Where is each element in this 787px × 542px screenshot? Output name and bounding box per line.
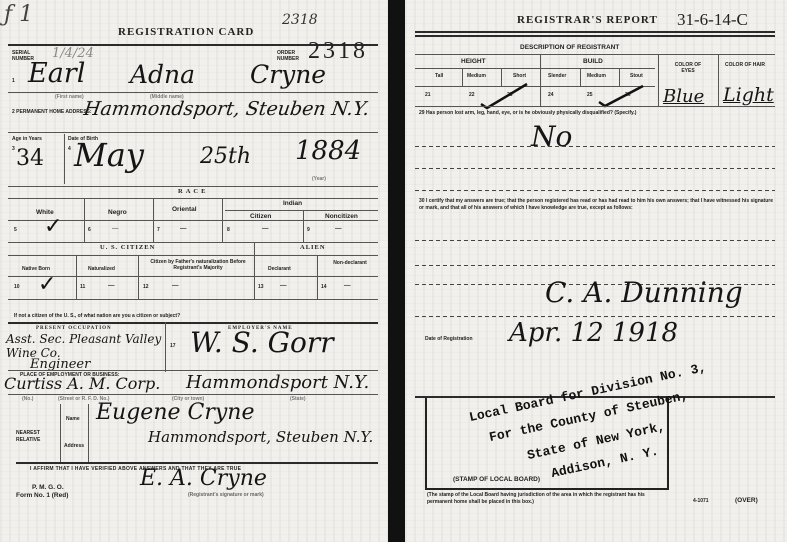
stamp-footnote: (The stamp of the Local Board having jur…: [427, 492, 667, 506]
eye-color-heading: COLOR OF EYES: [668, 62, 708, 74]
rule: [415, 168, 775, 169]
occupation-label: PRESENT OCCUPATION: [36, 326, 112, 331]
non-declarant-label: Non-declarant: [330, 260, 370, 266]
rule: [415, 146, 775, 147]
registration-date: Apr. 12 1918: [509, 318, 678, 348]
race-indian-noncitizen-value: —: [335, 225, 342, 232]
signature-sublabel: (Registrant's signature or mark): [188, 492, 264, 498]
employer-value: W. S. Gorr: [190, 326, 334, 359]
rule: [8, 132, 378, 133]
rule: [8, 299, 378, 300]
description-heading: DESCRIPTION OF REGISTRANT: [520, 44, 619, 51]
race-negro-label: Negro: [108, 209, 127, 216]
rule: [8, 186, 378, 187]
disability-question: 29 Has person lost arm, leg, hand, eye, …: [419, 110, 779, 117]
row-number: 17: [170, 343, 176, 349]
row-number: 6: [88, 227, 91, 233]
build-medium-label: Medium: [587, 73, 606, 79]
home-label: 2 PERMANENT HOME ADDRESS:: [12, 109, 92, 115]
row-number: 11: [80, 284, 85, 290]
divider: [317, 255, 318, 299]
rule: [8, 276, 378, 277]
form-number: Form No. 1 (Red): [16, 492, 68, 499]
non-declarant-value: —: [344, 282, 351, 289]
naturalized-value: —: [108, 282, 115, 289]
row-number: 22: [469, 92, 475, 98]
race-oriental-label: Oriental: [172, 206, 197, 213]
rule: [8, 255, 378, 256]
over-label: (OVER): [735, 497, 758, 504]
race-white-value: ✓: [44, 214, 62, 239]
last-name: Cryne: [250, 60, 326, 89]
employment-place-value: Curtiss A. M. Corp.: [4, 374, 160, 393]
race-noncitizen-label: Noncitizen: [325, 213, 358, 220]
registration-card: ƒ 1 REGISTRATION CARD 2318 SERIAL NUMBER…: [0, 0, 388, 542]
citizen-by-father-label: Citizen by Father's naturalization Befor…: [146, 259, 250, 271]
age-value: 34: [16, 146, 44, 171]
height-medium-label: Medium: [467, 73, 486, 79]
hair-color-heading: COLOR OF HAIR: [725, 62, 765, 68]
divider: [76, 255, 77, 299]
stamp-label: (STAMP OF LOCAL BOARD): [453, 476, 540, 483]
rule: [415, 106, 775, 107]
form-number: 4-1071: [693, 498, 709, 504]
rule: [8, 92, 378, 93]
row-number: 12: [143, 284, 149, 290]
rule: [415, 190, 775, 191]
divider: [718, 54, 719, 106]
height-tall-label: Tall: [435, 73, 443, 79]
divider: [462, 68, 463, 86]
divider: [138, 255, 139, 299]
dob-year: 1884: [295, 136, 361, 166]
nationality-question: If not a citizen of the U. S., of what n…: [14, 313, 180, 319]
no-sublabel: (No.): [22, 396, 33, 402]
employment-city-value: Hammondsport N.Y.: [186, 372, 369, 393]
rule: [16, 462, 378, 464]
rule: [415, 35, 775, 37]
race-heading: RACE: [178, 188, 208, 195]
native-born-value: ✓: [38, 272, 56, 297]
rule: [415, 54, 775, 55]
divider: [303, 210, 304, 242]
divider: [580, 68, 581, 86]
row-number: 7: [157, 227, 160, 233]
build-heading: BUILD: [583, 58, 603, 65]
divider: [254, 243, 255, 299]
home-address: Hammondsport, Steuben N.Y.: [82, 98, 370, 120]
report-title: REGISTRAR'S REPORT: [517, 14, 658, 26]
date-label: Date of Registration: [425, 336, 473, 342]
citizen-by-father-value: —: [172, 282, 179, 289]
relative-address-label: Address: [64, 443, 84, 449]
declarant-value: —: [280, 282, 287, 289]
occupation-value: Asst. Sec. Pleasant Valley: [6, 332, 161, 346]
row-number: 25: [587, 92, 593, 98]
declarant-label: Declarant: [268, 266, 291, 272]
rule: [8, 198, 378, 199]
row-number: 8: [227, 227, 230, 233]
height-short-label: Short: [513, 73, 526, 79]
divider: [64, 134, 65, 184]
row-number: 24: [548, 92, 554, 98]
registrars-report: REGISTRAR'S REPORT 31-6-14-C DESCRIPTION…: [405, 0, 787, 542]
year-sublabel: (Year): [312, 176, 326, 182]
rule: [8, 394, 378, 395]
divider: [165, 322, 166, 372]
race-indian-citizen-value: —: [262, 225, 269, 232]
rule: [8, 322, 378, 324]
card-title: REGISTRATION CARD: [118, 26, 254, 38]
certification-text: 30 I certify that my answers are true; t…: [419, 198, 779, 212]
build-slender-label: Slender: [548, 73, 566, 79]
row-number: 21: [425, 92, 431, 98]
rule: [415, 316, 775, 317]
eye-color-value: Blue: [663, 86, 704, 107]
corner-mark: ƒ 1: [4, 2, 33, 27]
state-sublabel: (State): [290, 396, 306, 402]
row-number: 4: [68, 146, 71, 152]
build-checkmark-icon: [595, 82, 655, 108]
divider: [540, 54, 541, 106]
rule: [8, 220, 378, 221]
relative-label: NEAREST RELATIVE: [16, 430, 56, 444]
build-stout-label: Stout: [630, 73, 643, 79]
first-name: Earl: [28, 58, 85, 89]
divider: [88, 404, 89, 464]
race-oriental-value: —: [180, 225, 187, 232]
row-number: 1: [12, 78, 15, 84]
first-name-sublabel: (First name): [55, 94, 84, 100]
race-citizen-label: Citizen: [250, 213, 271, 220]
age-label: Age in Years: [12, 136, 42, 142]
top-scribble: 2318: [282, 12, 318, 28]
relative-name-label: Name: [66, 416, 80, 422]
citizen-heading: U. S. CITIZEN: [100, 244, 155, 251]
rule: [8, 370, 378, 371]
divider: [658, 54, 659, 106]
indian-heading: Indian: [283, 200, 302, 207]
form-id: P. M. G. O.: [32, 484, 64, 491]
row-number: 3: [12, 146, 15, 152]
naturalized-label: Naturalized: [88, 266, 115, 272]
dob-day: 25th: [200, 144, 251, 169]
rule: [8, 242, 378, 243]
height-heading: HEIGHT: [461, 58, 486, 65]
divider: [60, 404, 61, 464]
registrar-signature: C. A. Dunning: [545, 276, 743, 309]
alien-heading: ALIEN: [300, 244, 326, 251]
rule: [415, 265, 775, 266]
rule: [225, 210, 378, 211]
relative-name-value: Eugene Cryne: [96, 400, 254, 425]
row-number: 9: [307, 227, 310, 233]
registrant-signature: E. A. Cryne: [140, 466, 267, 491]
rule: [415, 31, 775, 33]
relative-address-value: Hammondsport, Steuben N.Y.: [148, 428, 373, 446]
row-number: 5: [14, 227, 17, 233]
row-number: 13: [258, 284, 264, 290]
hair-color-value: Light: [723, 84, 774, 106]
race-negro-value: —: [112, 225, 119, 232]
dob-month: May: [74, 136, 144, 174]
middle-name: Adna: [130, 60, 195, 89]
row-number: 10: [14, 284, 20, 290]
disability-answer: No: [531, 120, 572, 153]
row-number: 14: [321, 284, 327, 290]
rule: [415, 240, 775, 241]
report-code: 31-6-14-C: [677, 10, 748, 30]
